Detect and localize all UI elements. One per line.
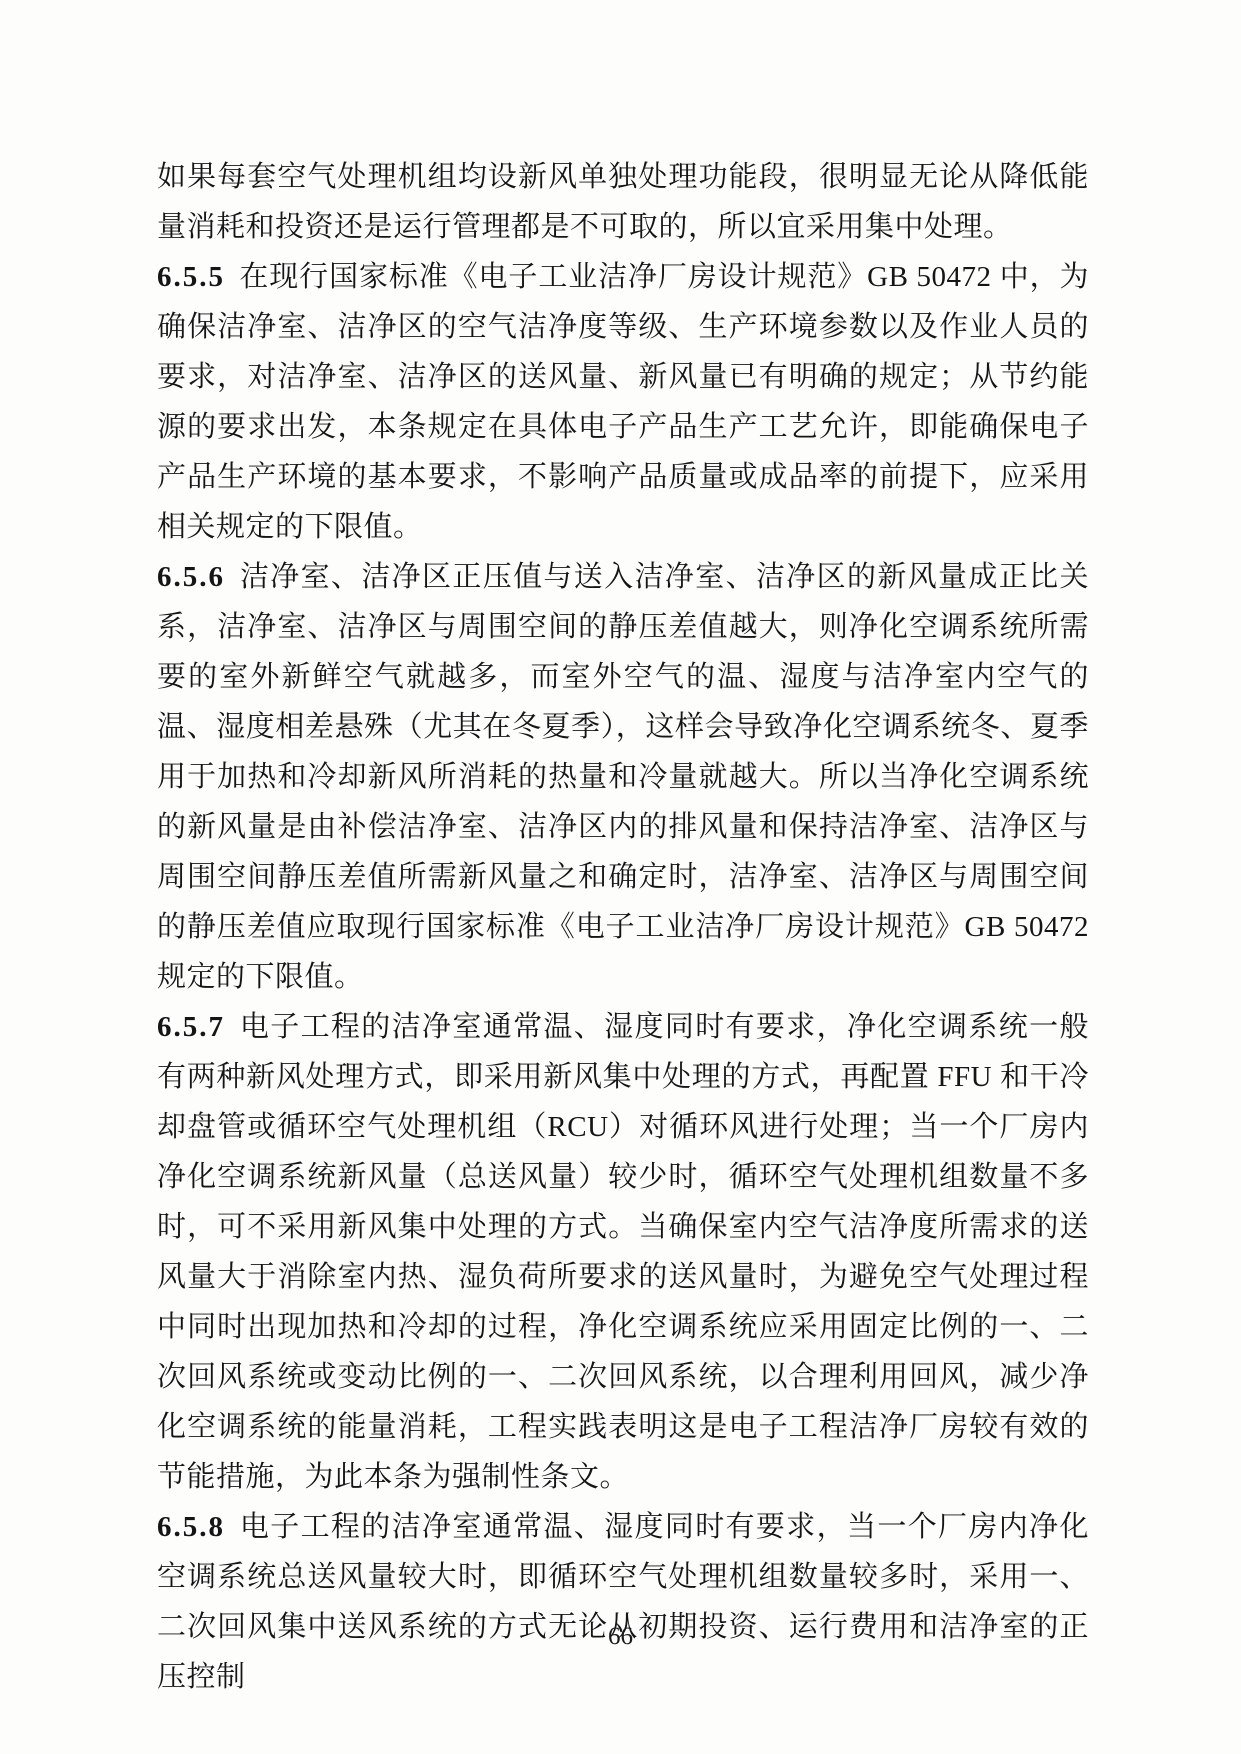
paragraph-text: 如果每套空气处理机组均设新风单独处理功能段，很明显无论从降低能量消耗和投资还是运… xyxy=(157,161,1089,243)
section-number: 6.5.6 xyxy=(157,561,225,593)
document-page: 如果每套空气处理机组均设新风单独处理功能段，很明显无论从降低能量消耗和投资还是运… xyxy=(0,0,1241,1754)
paragraph-text: 在现行国家标准《电子工业洁净厂房设计规范》GB 50472 中，为确保洁净室、洁… xyxy=(157,261,1089,543)
paragraph-text: 洁净室、洁净区正压值与送入洁净室、洁净区的新风量成正比关系，洁净室、洁净区与周围… xyxy=(157,561,1089,993)
paragraph: 6.5.8电子工程的洁净室通常温、湿度同时有要求，当一个厂房内净化空调系统总送风… xyxy=(157,1502,1089,1702)
paragraph-text: 电子工程的洁净室通常温、湿度同时有要求，当一个厂房内净化空调系统总送风量较大时，… xyxy=(157,1511,1089,1693)
paragraph: 如果每套空气处理机组均设新风单独处理功能段，很明显无论从降低能量消耗和投资还是运… xyxy=(157,152,1089,252)
paragraph-text: 电子工程的洁净室通常温、湿度同时有要求，净化空调系统一般有两种新风处理方式，即采… xyxy=(157,1011,1089,1493)
paragraph: 6.5.7电子工程的洁净室通常温、湿度同时有要求，净化空调系统一般有两种新风处理… xyxy=(157,1002,1089,1502)
section-number: 6.5.7 xyxy=(157,1011,225,1043)
section-number: 6.5.5 xyxy=(157,261,225,293)
section-number: 6.5.8 xyxy=(157,1511,225,1543)
document-body: 如果每套空气处理机组均设新风单独处理功能段，很明显无论从降低能量消耗和投资还是运… xyxy=(157,152,1089,1702)
paragraph: 6.5.6洁净室、洁净区正压值与送入洁净室、洁净区的新风量成正比关系，洁净室、洁… xyxy=(157,552,1089,1002)
page-number: 66 xyxy=(0,1622,1241,1652)
paragraph: 6.5.5在现行国家标准《电子工业洁净厂房设计规范》GB 50472 中，为确保… xyxy=(157,252,1089,552)
